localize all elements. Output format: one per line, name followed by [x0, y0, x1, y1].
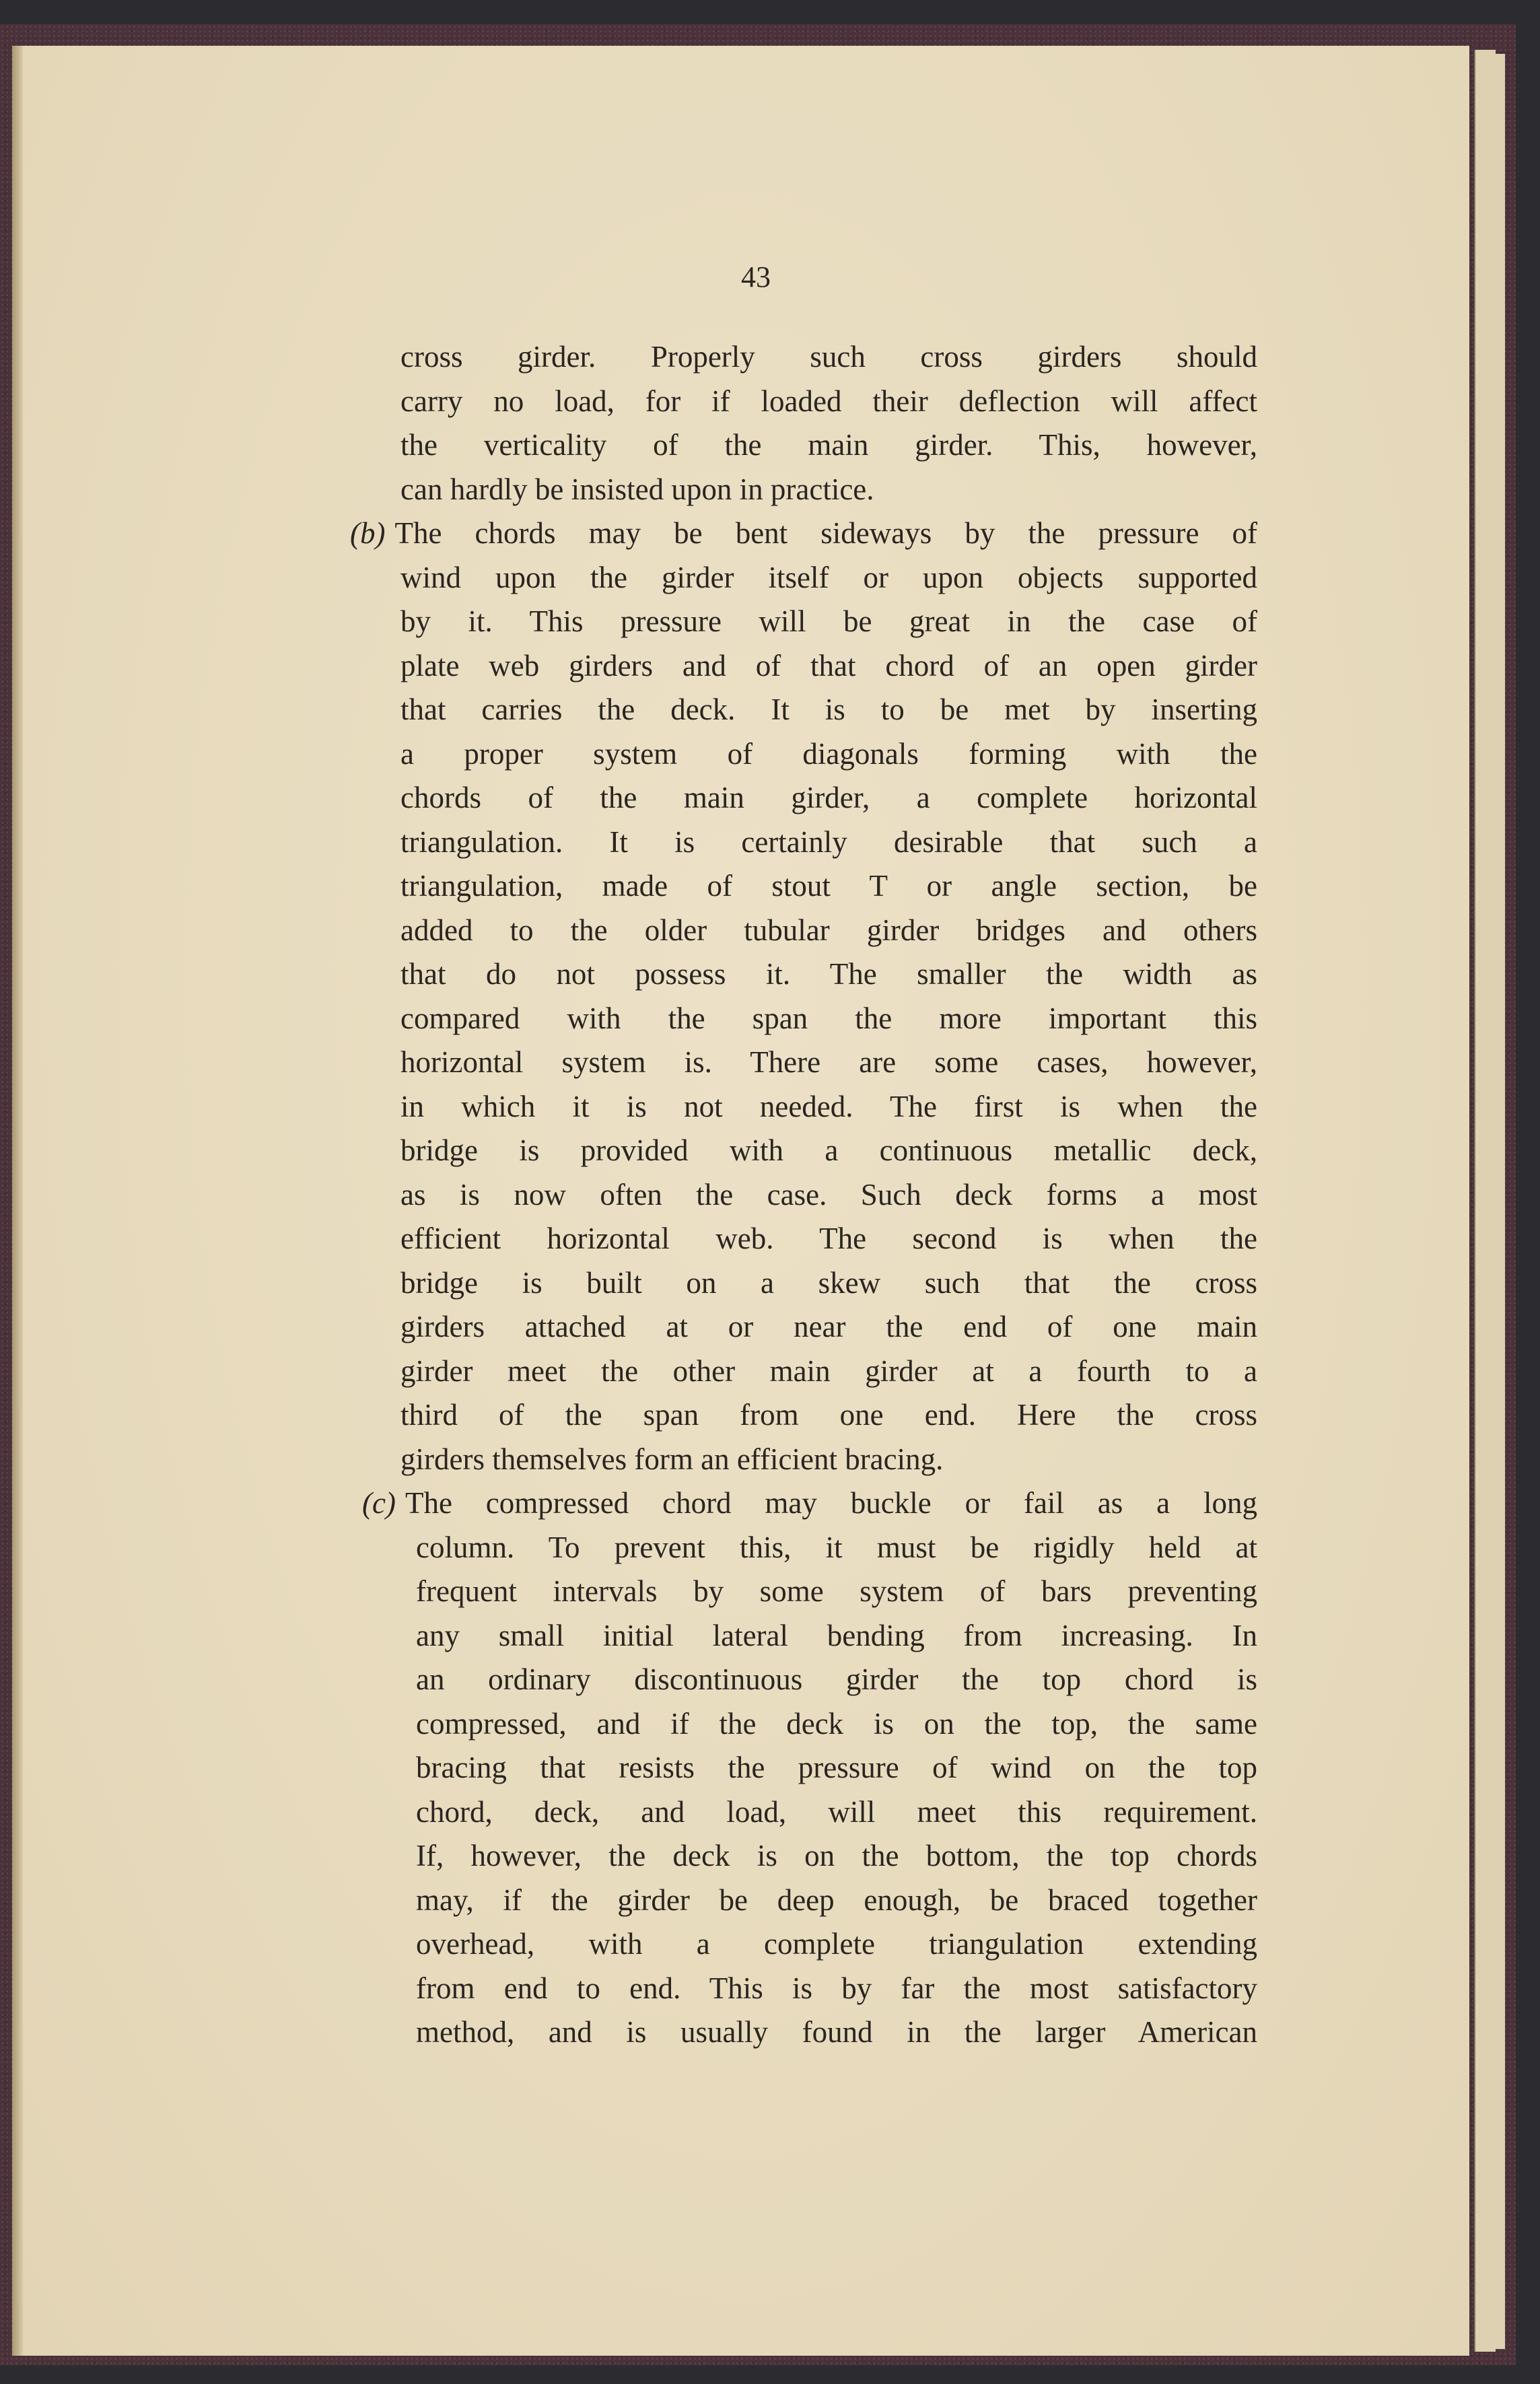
- text-line: the verticality of the main girder. This…: [400, 423, 1257, 468]
- text-line: any small initial lateral bending from i…: [416, 1614, 1257, 1658]
- text-line: may, if the girder be deep enough, be br…: [416, 1879, 1257, 1923]
- text-line: efficient horizontal web. The second is …: [400, 1217, 1257, 1261]
- item-b-paragraph: (b) The chords may be bent sideways by t…: [335, 512, 1257, 1481]
- text-line: column. To prevent this, it must be rigi…: [416, 1526, 1257, 1570]
- text-line: chord, deck, and load, will meet this re…: [416, 1790, 1257, 1835]
- text-line: bridge is provided with a continuous met…: [400, 1129, 1257, 1173]
- text-line: carry no load, for if loaded their defle…: [400, 380, 1257, 424]
- text-line: can hardly be insisted upon in practice.: [400, 468, 1257, 512]
- text-line: compared with the span the more importan…: [400, 997, 1257, 1041]
- text-line: plate web girders and of that chord of a…: [400, 644, 1257, 689]
- text-line: compressed, and if the deck is on the to…: [416, 1702, 1257, 1747]
- text-line: triangulation. It is certainly desirable…: [400, 820, 1257, 865]
- body-text: cross girder. Properly such cross girder…: [335, 335, 1257, 2055]
- text-line: chords of the main girder, a complete ho…: [400, 776, 1257, 820]
- item-b-body: wind upon the girder itself or upon obje…: [335, 556, 1257, 1482]
- text-line: girder meet the other main girder at a f…: [400, 1349, 1257, 1394]
- text-line: as is now often the case. Such deck form…: [400, 1173, 1257, 1218]
- text-line: bracing that resists the pressure of win…: [416, 1746, 1257, 1790]
- text-line: that carries the deck. It is to be met b…: [400, 688, 1257, 732]
- book-page: 43 cross girder. Properly such cross gir…: [12, 46, 1469, 2356]
- text-line-content: The compressed chord may buckle or fail …: [405, 1481, 1257, 1526]
- text-line: a proper system of diagonals forming wit…: [400, 732, 1257, 777]
- intro-paragraph: cross girder. Properly such cross girder…: [335, 335, 1257, 512]
- text-line: third of the span from one end. Here the…: [400, 1393, 1257, 1438]
- text-line: girders attached at or near the end of o…: [400, 1305, 1257, 1349]
- item-marker-c: (c): [362, 1481, 396, 1526]
- text-line: added to the older tubular girder bridge…: [400, 909, 1257, 953]
- text-line: cross girder. Properly such cross girder…: [400, 335, 1257, 380]
- text-line-content: The chords may be bent sideways by the p…: [394, 512, 1257, 556]
- item-c-paragraph: (c) The compressed chord may buckle or f…: [335, 1481, 1257, 2055]
- text-line: method, and is usually found in the larg…: [416, 2010, 1257, 2055]
- text-line: frequent intervals by some system of bar…: [416, 1570, 1257, 1614]
- item-c-body: column. To prevent this, it must be rigi…: [335, 1526, 1257, 2055]
- text-line: wind upon the girder itself or upon obje…: [400, 556, 1257, 600]
- page-number: 43: [12, 260, 1469, 294]
- text-line: (b) The chords may be bent sideways by t…: [335, 512, 1257, 556]
- text-line: from end to end. This is by far the most…: [416, 1967, 1257, 2011]
- page-edge: [1474, 50, 1496, 2352]
- text-line: horizontal system is. There are some cas…: [400, 1041, 1257, 1085]
- text-line: (c) The compressed chord may buckle or f…: [335, 1481, 1257, 1526]
- text-line: an ordinary discontinuous girder the top…: [416, 1658, 1257, 1702]
- text-line: by it. This pressure will be great in th…: [400, 600, 1257, 644]
- text-line: bridge is built on a skew such that the …: [400, 1261, 1257, 1306]
- text-line: triangulation, made of stout T or angle …: [400, 864, 1257, 909]
- text-line: girders themselves form an efficient bra…: [400, 1438, 1257, 1482]
- text-line: If, however, the deck is on the bottom, …: [416, 1834, 1257, 1879]
- text-line: that do not possess it. The smaller the …: [400, 952, 1257, 997]
- text-line: overhead, with a complete triangulation …: [416, 1922, 1257, 1967]
- text-line: in which it is not needed. The first is …: [400, 1085, 1257, 1129]
- spine-shadow: [12, 46, 23, 2356]
- item-marker-b: (b): [350, 512, 385, 556]
